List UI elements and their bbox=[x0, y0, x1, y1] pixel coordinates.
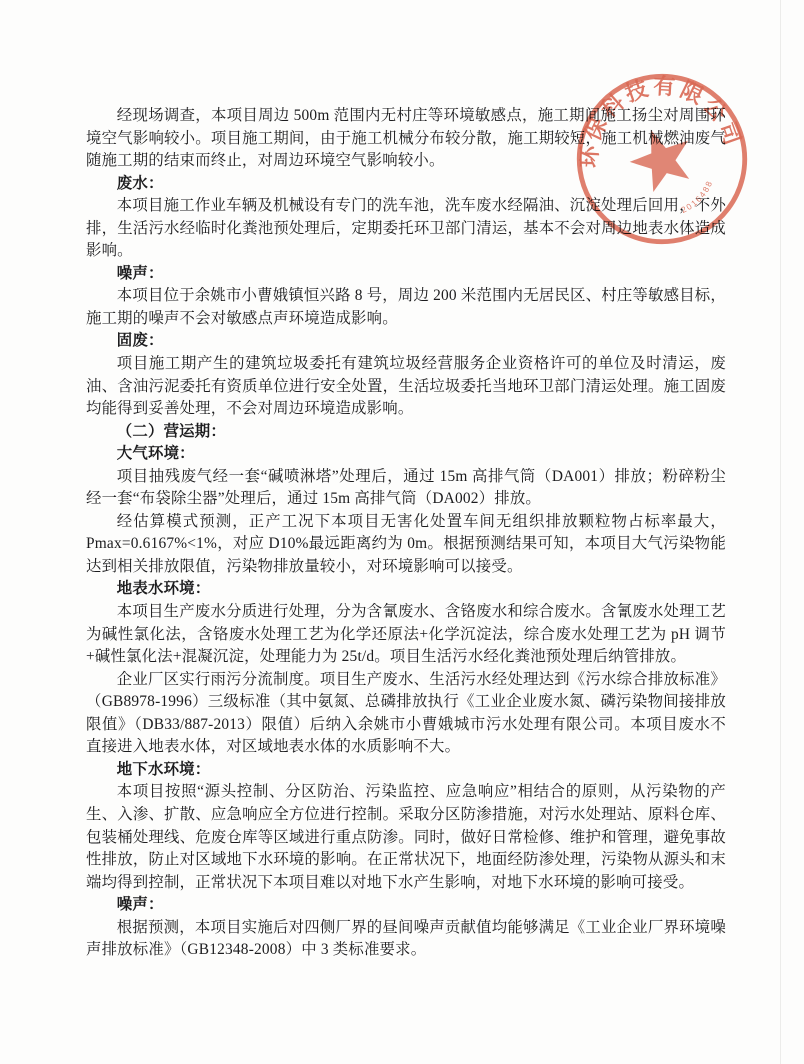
para-exhaust-treatment: 项目抽残废气经一套“碱喷淋塔”处理后，通过 15m 高排气筒（DA001）排放；… bbox=[86, 466, 726, 511]
para-discharge-standards: 企业厂区实行雨污分流制度。项目生产废水、生活污水经处理达到《污水综合排放标准》（… bbox=[86, 669, 726, 759]
para-groundwater-control: 本项目按照“源头控制、分区防治、污染监控、应急响应”相结合的原则，从污染物的产生… bbox=[86, 781, 726, 894]
heading-solid-waste: 固废： bbox=[86, 330, 726, 353]
heading-surface-water: 地表水环境： bbox=[86, 578, 726, 601]
heading-noise-operation: 噪声： bbox=[86, 894, 726, 917]
heading-wastewater: 废水： bbox=[86, 173, 726, 196]
heading-groundwater: 地下水环境： bbox=[86, 759, 726, 782]
text-column: 经现场调查，本项目周边 500m 范围内无村庄等环境敏感点，施工期间施工扬尘对周… bbox=[86, 0, 726, 962]
para-operation-noise: 根据预测，本项目实施后对四侧厂界的昼间噪声贡献值均能够满足《工业企业厂界环境噪声… bbox=[86, 917, 726, 962]
heading-atmosphere: 大气环境： bbox=[86, 443, 726, 466]
para-construction-air: 经现场调查，本项目周边 500m 范围内无村庄等环境敏感点，施工期间施工扬尘对周… bbox=[86, 105, 726, 173]
heading-operation-period: （二）营运期： bbox=[86, 421, 726, 444]
para-construction-noise: 本项目位于余姚市小曹娥镇恒兴路 8 号，周边 200 米范围内无居民区、村庄等敏… bbox=[86, 285, 726, 330]
doc-page: 经现场调查，本项目周边 500m 范围内无村庄等环境敏感点，施工期间施工扬尘对周… bbox=[0, 0, 804, 1064]
page-edge-line bbox=[780, 0, 781, 1064]
para-wastewater-process: 本项目生产废水分质进行处理，分为含氰废水、含铬废水和综合废水。含氰废水处理工艺为… bbox=[86, 601, 726, 669]
para-dispersion-prediction: 经估算模式预测，正产工况下本项目无害化处置车间无组织排放颗粒物占标率最大，Pma… bbox=[86, 511, 726, 579]
heading-noise-construction: 噪声： bbox=[86, 263, 726, 286]
para-construction-solid-waste: 项目施工期产生的建筑垃圾委托有建筑垃圾经营服务企业资格许可的单位及时清运，废油、… bbox=[86, 353, 726, 421]
para-construction-wastewater: 本项目施工作业车辆及机械设有专门的洗车池，洗车废水经隔油、沉淀处理后回用，不外排… bbox=[86, 195, 726, 263]
